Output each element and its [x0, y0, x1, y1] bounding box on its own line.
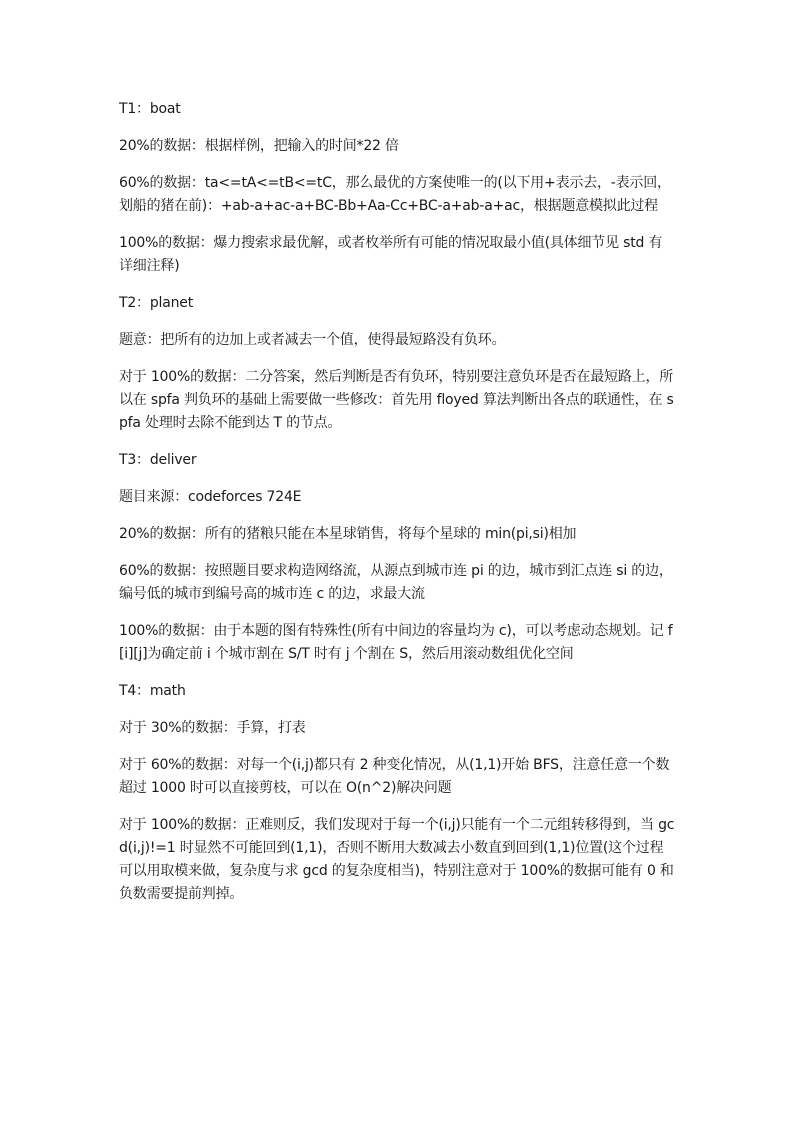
- section-heading-t1: T1：boat: [119, 98, 675, 121]
- paragraph-t3-20pct: 20%的数据：所有的猪粮只能在本星球销售，将每个星球的 min(pi,si)相加: [119, 523, 675, 546]
- paragraph-t4-30pct: 对于 30%的数据：手算，打表: [119, 717, 675, 740]
- paragraph-t1-20pct: 20%的数据：根据样例，把输入的时间*22 倍: [119, 135, 675, 158]
- paragraph-t3-source: 题目来源：codeforces 724E: [119, 486, 675, 509]
- paragraph-t1-100pct: 100%的数据：爆力搜索求最优解，或者枚举所有可能的情况取最小值(具体细节见 s…: [119, 232, 675, 278]
- paragraph-t4-60pct: 对于 60%的数据：对每一个(i,j)都只有 2 种变化情况，从(1,1)开始 …: [119, 754, 675, 800]
- paragraph-t3-100pct: 100%的数据：由于本题的图有特殊性(所有中间边的容量均为 c)，可以考虑动态规…: [119, 620, 675, 666]
- paragraph-t2-100pct: 对于 100%的数据：二分答案，然后判断是否有负环，特别要注意负环是否在最短路上…: [119, 366, 675, 435]
- section-heading-t3: T3：deliver: [119, 449, 675, 472]
- paragraph-t1-60pct: 60%的数据：ta<=tA<=tB<=tC，那么最优的方案使唯一的(以下用+表示…: [119, 172, 675, 218]
- paragraph-t3-60pct: 60%的数据：按照题目要求构造网络流，从源点到城市连 pi 的边，城市到汇点连 …: [119, 560, 675, 606]
- section-heading-t2: T2：planet: [119, 292, 675, 315]
- paragraph-t2-meaning: 题意：把所有的边加上或者减去一个值，使得最短路没有负环。: [119, 329, 675, 352]
- paragraph-t4-100pct: 对于 100%的数据：正难则反，我们发现对于每一个(i,j)只能有一个二元组转移…: [119, 814, 675, 906]
- section-heading-t4: T4：math: [119, 680, 675, 703]
- document-page: T1：boat 20%的数据：根据样例，把输入的时间*22 倍 60%的数据：t…: [119, 98, 675, 920]
